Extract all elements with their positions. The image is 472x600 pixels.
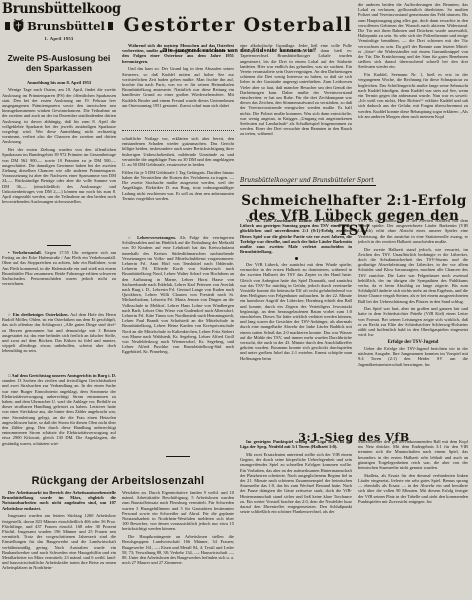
arbeitslosenzahl-col2-paragraph-2: Die Hauptkontingente an Arbeitslosen ste… bbox=[122, 534, 234, 565]
news-item-lehrerversetzungen-text: Als Folge der verringerten Schülerzahlen… bbox=[122, 235, 234, 354]
article-sport1-col4: TSV, da die Mannschaft in der zweiten Ha… bbox=[358, 218, 468, 421]
news-item-lehrerversetzungen: ○ Lehrerversetzungen. Als Folge der verr… bbox=[122, 235, 234, 451]
article-osterball-headline: Gestörter Osterball bbox=[122, 15, 354, 35]
article-ps-subhead: Anmeldung bis zum 8. April 1953 bbox=[2, 80, 116, 85]
article-osterball-col4: die anderen beiden die Aufforderungen de… bbox=[358, 2, 468, 166]
newspaper-page: Brunsbüttelkoog Brunsbüttel 1. April 195… bbox=[0, 0, 472, 600]
masthead-ornament-left bbox=[5, 22, 10, 30]
sport1-col4-paragraph-1: TSV, da die Mannschaft in der zweiten Ha… bbox=[358, 218, 468, 244]
gerichtstag-cont-paragraph-2: Fällen für je 5 DM Geldstrafe 1 Tag Gefä… bbox=[122, 170, 234, 201]
article-sport1-col3: Vor ca. 1100 Zuschauern konnte der Exmei… bbox=[240, 218, 352, 421]
issue-date: 1. April 1953 bbox=[2, 36, 116, 41]
rule-wrap-1 bbox=[2, 245, 116, 246]
section-dot bbox=[295, 257, 298, 260]
gerichtstag-cont-paragraph-1: schaftliche Notlage vor, erklärten sich … bbox=[122, 136, 234, 167]
article-ps-headline: Zweite PS-Auslosung bei den Sparkassen bbox=[2, 54, 116, 73]
sport1-col4-paragraph-2: Die zweite Halbzeit stand jedoch, wie er… bbox=[358, 247, 468, 304]
article-arbeitslosenzahl-header: Rückgang der Arbeitslosenzahl bbox=[2, 466, 234, 488]
masthead-title-row: Brunsbüttel bbox=[2, 19, 116, 32]
sport2-col4-paragraph-2: Skalleta, als Ersatz für den diesmal ver… bbox=[358, 473, 468, 504]
masthead-title-line2: Brunsbüttel bbox=[27, 20, 105, 32]
news-item-gerichtstag-text: standen 13 Sachen der zivilen und freiwi… bbox=[2, 378, 116, 445]
article-osterball-col4-paragraph-2: Für Kuddel, Seemann Nr. 1, hieß es erst … bbox=[358, 72, 468, 119]
dotted-rule bbox=[122, 130, 234, 131]
masthead-title-line1: Brunsbüttelkoog bbox=[2, 2, 116, 17]
arbeitslosenzahl-col2-paragraph-1: Westfalen an. Durch Eigeninitiative fand… bbox=[122, 490, 234, 532]
masthead-ornament-right bbox=[108, 22, 113, 30]
article-sport1-header: Schmeichelhafter 2:1-Erfolg des VfB Lübe… bbox=[240, 183, 468, 216]
sport1-col4-paragraph-3: Das Spiel war hart, aber im großen und g… bbox=[358, 306, 468, 337]
rule-wrap-2 bbox=[122, 456, 234, 457]
news-item-osterkueken: ○ Ein dreibeiniges Osterküken. Auf dem H… bbox=[2, 312, 116, 371]
article-osterball-col4-paragraph-1: die anderen beiden die Aufforderungen de… bbox=[358, 2, 468, 70]
article-sport2-header: 3:1-Sieg des VfB bbox=[240, 423, 468, 437]
masthead: Brunsbüttelkoog Brunsbüttel 1. April 195… bbox=[2, 3, 116, 41]
crest-icon bbox=[13, 19, 24, 32]
sport2-col4-paragraph-1: Mittelstürmer den gut hereinkommenden Ba… bbox=[358, 439, 468, 470]
article-ps-paragraph-1: Wenige Tage nach Ostern, am 18. April, f… bbox=[2, 87, 116, 144]
article-ps-paragraph-2: Bei der ersten Ziehung wurden von den öf… bbox=[2, 147, 116, 204]
article-arbeitslosenzahl-col2: Westfalen an. Durch Eigeninitiative fand… bbox=[122, 490, 234, 598]
arbeitslosenzahl-col1-text: Insgesamt wurden am letzten Stichtag 126… bbox=[2, 513, 116, 570]
article-osterball-col2-text: Und das kam so: Der Grund lag in dem Abs… bbox=[122, 66, 234, 108]
article-sport2-col4: Mittelstürmer den gut hereinkommenden Ba… bbox=[358, 439, 468, 598]
sport1-col3-text: Der VfB Lübeck, der zunächst mit dem Win… bbox=[240, 262, 352, 361]
sport1-lead: Vor ca. 1100 Zuschauern konnte der Exmei… bbox=[240, 218, 352, 254]
news-item-gerichtstag: □ Auf dem Gerichtstag unseres Amtsgerich… bbox=[2, 373, 116, 465]
arbeitslosenzahl-lead: Der Arbeitsmarkt im Bereich der Arbeitsa… bbox=[2, 490, 116, 511]
news-item-osterkueken-text: Auf dem Hofe des Herrn Rudolf Möller, Oh… bbox=[2, 312, 116, 353]
article-osterball-header: Gestörter Osterball „Die jungen Leutchen… bbox=[122, 2, 354, 42]
tsv-jugend-text: Ueber die Erfolge der TSV-Jugend bericht… bbox=[358, 346, 468, 367]
article-ps-auslosung: Zweite PS-Auslosung bei den Sparkassen A… bbox=[2, 47, 116, 243]
article-osterball-col3: eine alkoholische Grundlage. Jeder ließ … bbox=[240, 43, 352, 166]
article-arbeitslosenzahl-col1: Der Arbeitsmarkt im Bereich der Arbeitsa… bbox=[2, 490, 116, 598]
tsv-jugend-subhead: Erfolge der TSV-Jugend bbox=[358, 340, 468, 345]
sport2-lead: Im gestrigen Punktspiel schlug die Liga … bbox=[240, 439, 352, 449]
article-arbeitslosenzahl-headline: Rückgang der Arbeitslosenzahl bbox=[2, 475, 234, 487]
sport2-col3-text: Mit zwei Ersatzleuten antretend stellte … bbox=[240, 452, 352, 514]
article-osterball-col2: Während sich die meisten Menschen auf da… bbox=[122, 43, 234, 128]
news-item-verkehrsunfall: • Verkehrsunfall. Gegen 17.55 Uhr ereign… bbox=[2, 250, 116, 310]
article-gerichtstag-continuation: schaftliche Notlage vor, erklärten sich … bbox=[122, 136, 234, 232]
news-item-verkehrsunfall-text: Gegen 17.55 Uhr ereignete sich am Freita… bbox=[2, 250, 116, 286]
article-osterball-col3-text: eine alkoholische Grundlage. Jeder ließ … bbox=[240, 43, 352, 137]
article-osterball-lead: Während sich die meisten Menschen auf da… bbox=[122, 43, 234, 64]
article-sport2-col3: Im gestrigen Punktspiel schlug die Liga … bbox=[240, 439, 352, 598]
